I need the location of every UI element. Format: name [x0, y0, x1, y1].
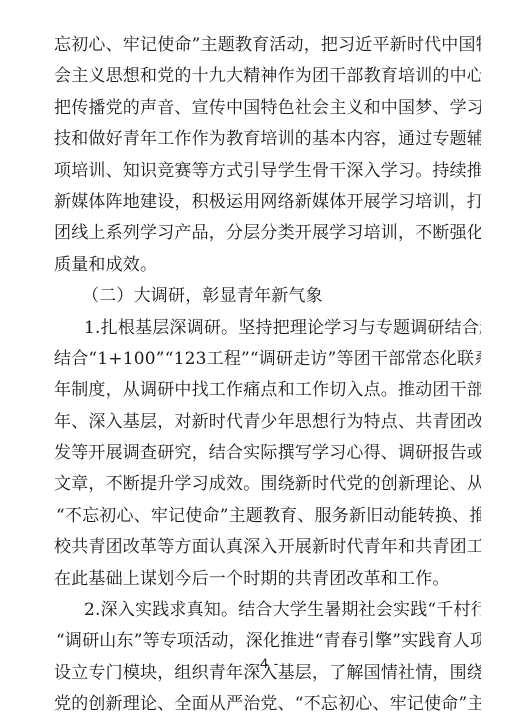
paragraph-line: 发等开展调查研究，结合实际撰写学习心得、调研报告或者理论	[54, 441, 481, 472]
paragraph-line: 党的创新理论、全面从严治党、“不忘初心、牢记使命”主题教	[54, 692, 481, 723]
section-heading: （二）大调研，彰显青年新气象	[54, 284, 481, 315]
paragraph-line: 年制度，从调研中找工作痛点和工作切入点。推动团干部深入青	[54, 378, 481, 409]
document-page: 忘初心、牢记使命”主题教育活动，把习近平新时代中国特色社 会主义思想和党的十九大…	[0, 0, 529, 726]
paragraph-line: 年、深入基层，对新时代青少年思想行为特点、共青团改革再出	[54, 410, 481, 441]
paragraph-line: 结合“1+100”“123工程”“调研走访”等团干部常态化联系青	[54, 347, 481, 378]
paragraph-line: 团线上系列学习产品，分层分类开展学习培训，不断强化学习的	[54, 221, 481, 252]
paragraph-line: 忘初心、牢记使命”主题教育活动，把习近平新时代中国特色社	[54, 33, 481, 64]
subsection-heading-line: 1.扎根基层深调研。坚持把理论学习与专题调研结合起来，	[54, 316, 481, 347]
paragraph-line: 在此基础上谋划今后一个时期的共青团改革和工作。	[54, 567, 481, 598]
paragraph-line: 校共青团改革等方面认真深入开展新时代青年和共青团工作调研，	[54, 535, 481, 566]
paragraph-line: 会主义思想和党的十九大精神作为团干部教育培训的中心任务，	[54, 64, 481, 95]
body-text: 忘初心、牢记使命”主题教育活动，把习近平新时代中国特色社 会主义思想和党的十九大…	[54, 33, 481, 724]
page-number: - 4 -	[0, 655, 529, 671]
paragraph-line: 项培训、知识竞赛等方式引导学生骨干深入学习。持续推进团属	[54, 159, 481, 190]
paragraph-line: “不忘初心、牢记使命”主题教育、服务新旧动能转换、推进学	[54, 504, 481, 535]
paragraph-line: 质量和成效。	[54, 253, 481, 284]
paragraph-line: 新媒体阵地建设，积极运用网络新媒体开展学习培训，打造共青	[54, 190, 481, 221]
paragraph-line: 文章，不断提升学习成效。围绕新时代党的创新理论、从严治团、	[54, 472, 481, 503]
paragraph-line: 技和做好青年工作作为教育培训的基本内容，通过专题辅导、专	[54, 127, 481, 158]
paragraph-line: 把传播党的声音、宣传中国特色社会主义和中国梦、学习前沿科	[54, 96, 481, 127]
subsection-heading-line: 2.深入实践求真知。结合大学生暑期社会实践“千村行动”、	[54, 598, 481, 629]
